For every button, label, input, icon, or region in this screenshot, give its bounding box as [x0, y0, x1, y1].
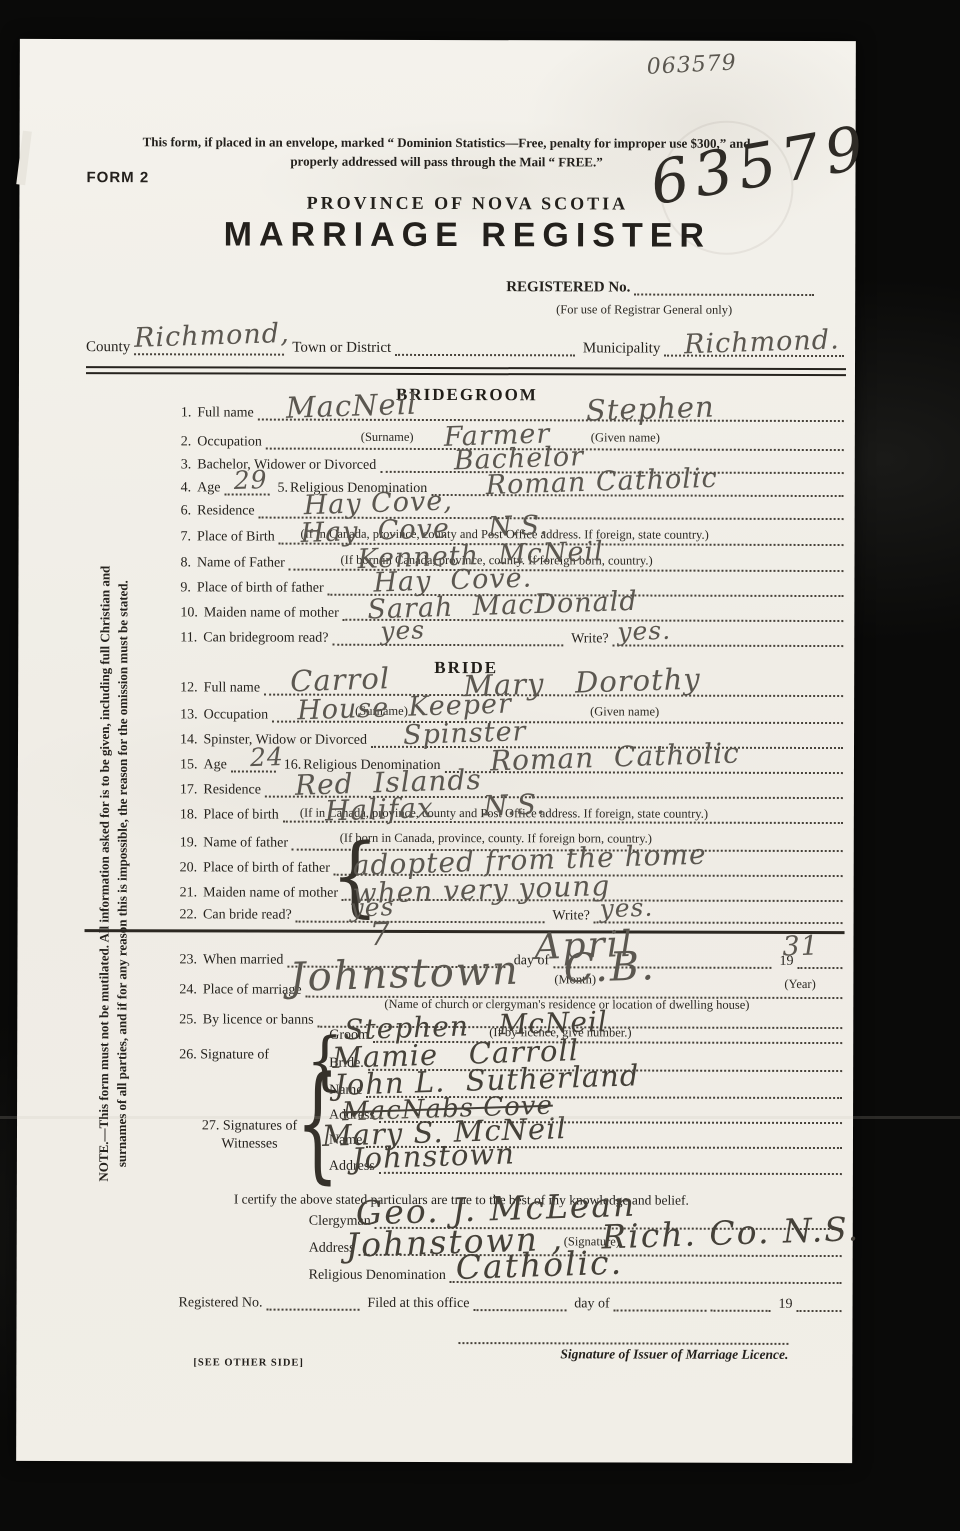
- signature-of-label: 26. Signature of: [179, 1047, 269, 1063]
- margin-note: NOTE.—This form must not be mutilated. A…: [95, 546, 132, 1201]
- dotted-line: [267, 1301, 360, 1311]
- row-label: Residence: [197, 503, 257, 519]
- row-number: 23.: [179, 952, 203, 968]
- groom-given-value: Stephen: [585, 392, 715, 425]
- row-number: 27.: [202, 1118, 220, 1133]
- serial-number-stamp: 063579: [646, 52, 737, 78]
- registrar-note: (For use of Registrar General only): [556, 302, 732, 317]
- row-label: By licence or banns: [203, 1012, 316, 1028]
- row-number: 3.: [181, 457, 198, 473]
- row-label: Name of father: [203, 835, 290, 851]
- row-number: 12.: [180, 680, 204, 696]
- issuer-signature-label: Signature of Issuer of Marriage Licence.: [458, 1346, 788, 1363]
- write-label-bride: Write?: [546, 908, 592, 924]
- groom-age-value: 29: [233, 467, 268, 493]
- row-filing: Registered No. Filed at this office day …: [179, 1295, 844, 1313]
- issuer-signature-line: [458, 1336, 788, 1345]
- bride-birthplace-value: Halifax N.S.: [324, 790, 546, 825]
- page-title: MARRIAGE REGISTER: [86, 215, 848, 256]
- place-of-marriage-value: Johnstown C.B.: [289, 946, 657, 998]
- registered-no-label: REGISTERED No.: [506, 279, 632, 296]
- row-label: Can bridegroom read?: [203, 630, 330, 646]
- dotted-line: [332, 636, 563, 647]
- see-other-side-note: [SEE OTHER SIDE]: [193, 1357, 304, 1368]
- row-label: Maiden name of mother: [203, 885, 340, 901]
- row-label: Can bride read?: [203, 907, 294, 923]
- row-number: 11.: [180, 630, 203, 646]
- row-label: Name of Father: [197, 555, 287, 571]
- row-label: Bachelor, Widower or Divorced: [197, 457, 378, 473]
- dotted-line: [797, 1302, 842, 1312]
- margin-note-line1: NOTE.—This form must not be mutilated. A…: [95, 546, 114, 1201]
- municipality-value: Richmond.: [684, 326, 840, 358]
- row-number: 1.: [181, 405, 198, 421]
- groom-read-value: yes: [380, 617, 426, 643]
- municipality-label: Municipality: [577, 340, 663, 357]
- county-label: County: [86, 339, 132, 356]
- groom-religion-value: Roman Catholic: [485, 465, 718, 499]
- bride-age-value: 24: [250, 744, 285, 770]
- denomination-label: Religious Denomination: [309, 1268, 448, 1284]
- row-label: Place of marriage: [203, 982, 304, 998]
- row-number: 8.: [180, 555, 197, 571]
- dotted-line: [395, 346, 575, 356]
- married-day-value: 7: [369, 918, 391, 951]
- row-number: 7.: [181, 529, 198, 545]
- page-edge-sliver: [16, 131, 32, 186]
- form-number: FORM 2: [86, 169, 149, 186]
- row-number: 4.: [181, 480, 198, 496]
- row-number: 2.: [181, 434, 198, 450]
- row-label: Spinster, Widow or Divorced: [204, 732, 370, 748]
- write-label: Write?: [565, 631, 611, 647]
- scanned-marriage-register: { "stamp": { "serial_small": "063579", "…: [0, 0, 960, 1531]
- dotted-line: [711, 1302, 771, 1312]
- row-label: Place of birth: [203, 807, 280, 823]
- row-label: Place of birth of father: [197, 580, 326, 596]
- row-number: 10.: [180, 605, 204, 621]
- row-literacy-groom: 11. Can bridegroom read? Write?: [180, 630, 845, 648]
- margin-note-line2: surnames of all parties, and if for any …: [112, 546, 131, 1201]
- scan-crease-line: [0, 1116, 960, 1119]
- row-number: 24.: [179, 982, 203, 998]
- dotted-line: [634, 286, 814, 296]
- bride-write-value: yes.: [599, 895, 653, 922]
- row-number: 26.: [179, 1047, 197, 1062]
- row-number-religion: 5.: [271, 481, 290, 497]
- row-label: Full name: [197, 405, 255, 421]
- denomination-value: Catholic.: [455, 1246, 623, 1284]
- row-literacy-bride: 22. Can bride read? Write?: [180, 907, 845, 925]
- row-label: Signatures of: [223, 1118, 297, 1133]
- row-number: 19.: [180, 835, 204, 851]
- row-label: Signature of: [200, 1047, 269, 1062]
- row-number: 13.: [180, 707, 204, 723]
- row-number: 14.: [180, 732, 204, 748]
- row-label: Occupation: [204, 707, 271, 723]
- row-number: 25.: [179, 1012, 203, 1028]
- bride-religion-value: Roman Catholic: [490, 739, 741, 775]
- row-number: 20.: [180, 860, 204, 876]
- filing-year-prefix: 19: [773, 1297, 795, 1313]
- dotted-line: [473, 1301, 566, 1311]
- row-label: When married: [203, 952, 286, 968]
- row-number: 22.: [180, 907, 204, 923]
- dotted-line: [614, 1301, 707, 1311]
- row-label: Occupation: [197, 434, 264, 450]
- row-number: 18.: [180, 807, 204, 823]
- row-number: 21.: [180, 885, 204, 901]
- row-number: 15.: [180, 757, 204, 773]
- married-year-value: 31: [782, 932, 819, 960]
- row-label: Age: [203, 757, 228, 773]
- bridegroom-section-title: BRIDEGROOM: [86, 384, 848, 406]
- county-value: Richmond,: [134, 320, 290, 352]
- groom-surname-value: MacNeil: [285, 390, 417, 423]
- bride-surname-value: Carrol: [290, 664, 391, 696]
- registered-no-row: REGISTERED No.: [506, 280, 816, 297]
- row-label: Residence: [203, 782, 263, 798]
- row-label: Full name: [204, 680, 262, 696]
- groom-write-value: yes.: [617, 618, 671, 645]
- divider-rule: [85, 929, 845, 934]
- row-number: 9.: [180, 580, 197, 596]
- town-label: Town or District: [286, 340, 393, 357]
- filing-registered-label: Registered No.: [179, 1295, 265, 1311]
- row-label: Maiden name of mother: [204, 605, 341, 621]
- witness2-address-value: Johnstown: [352, 1139, 516, 1173]
- filing-day-of-label: day of: [568, 1296, 611, 1312]
- divider-double-rule: [86, 366, 846, 376]
- row-label: Place of birth of father: [203, 860, 332, 876]
- form-paper: 063579 63579 This form, if placed in an …: [16, 39, 856, 1463]
- row-label: Place of Birth: [197, 529, 277, 545]
- row-number: 17.: [180, 782, 204, 798]
- row-label: Age: [197, 480, 222, 496]
- row-number: 6.: [181, 503, 198, 519]
- filed-label: Filed at this office: [361, 1296, 471, 1312]
